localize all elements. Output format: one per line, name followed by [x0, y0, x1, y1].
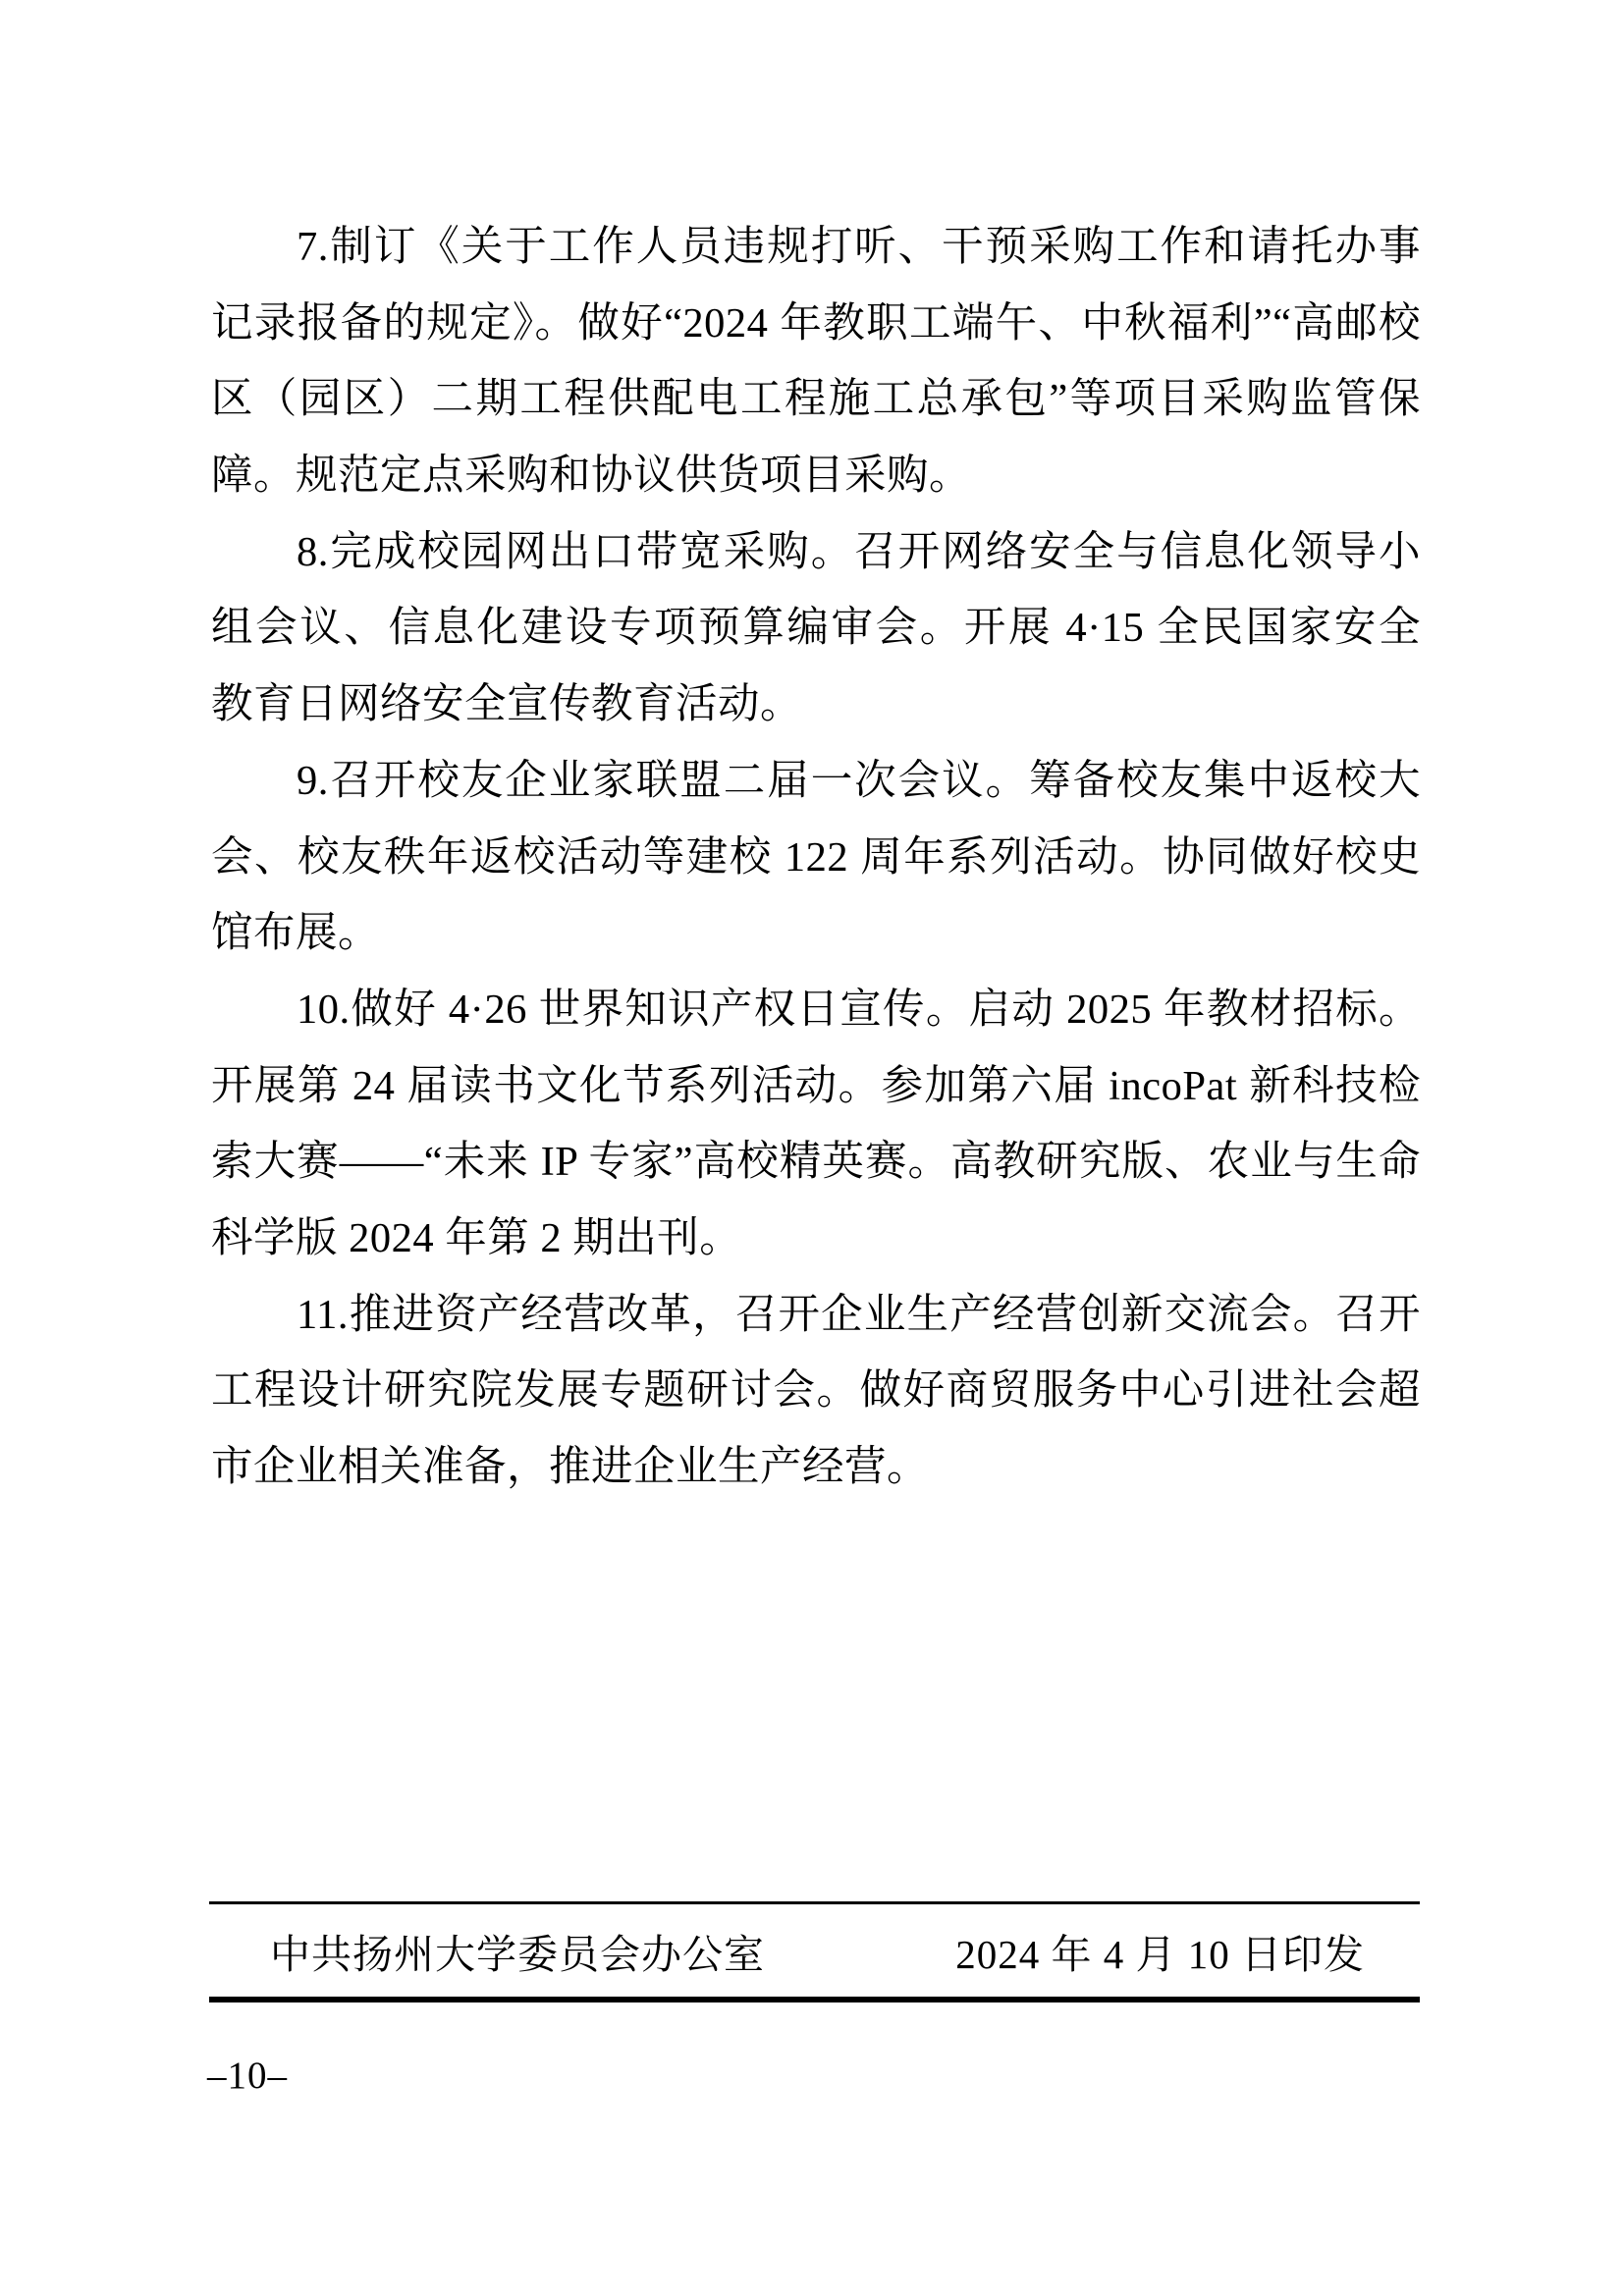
print-date: 2024 年 4 月 10 日印发: [955, 1922, 1365, 1980]
colophon-row: 中共扬州大学委员会办公室 2024 年 4 月 10 日印发: [209, 1914, 1420, 1988]
page-number: –10–: [207, 2054, 288, 2099]
paragraph-10: 10.做好 4·26 世界知识产权日宣传。启动 2025 年教材招标。 开展第 …: [211, 972, 1421, 1277]
text-line: 9.召开校友企业家联盟二届一次会议。筹备校友集中返校大: [211, 743, 1421, 820]
text-line: 记录报备的规定》。做好“2024 年教职工端午、中秋福利”“高邮校: [211, 286, 1421, 362]
text-line: 11.推进资产经营改革，召开企业生产经营创新交流会。召开: [211, 1277, 1421, 1354]
text-line: 市企业相关准备，推进企业生产经营。: [211, 1429, 1421, 1506]
paragraph-11: 11.推进资产经营改革，召开企业生产经营创新交流会。召开 工程设计研究院发展专题…: [211, 1277, 1421, 1506]
text-line: 组会议、信息化建设专项预算编审会。开展 4·15 全民国家安全: [211, 590, 1421, 667]
text-line: 科学版 2024 年第 2 期出刊。: [211, 1201, 1421, 1277]
text-line: 索大赛——“未来 IP 专家”高校精英赛。高教研究版、农业与生命: [211, 1124, 1421, 1201]
paragraph-8: 8.完成校园网出口带宽采购。召开网络安全与信息化领导小 组会议、信息化建设专项预…: [211, 514, 1421, 743]
colophon-bottom-rule: [209, 1997, 1420, 2002]
document-page: 7.制订《关于工作人员违规打听、干预采购工作和请托办事 记录报备的规定》。做好“…: [0, 0, 1624, 2296]
paragraph-7: 7.制订《关于工作人员违规打听、干预采购工作和请托办事 记录报备的规定》。做好“…: [211, 209, 1421, 514]
text-line: 10.做好 4·26 世界知识产权日宣传。启动 2025 年教材招标。: [211, 972, 1421, 1048]
text-line: 障。规范定点采购和协议供货项目采购。: [211, 438, 1421, 514]
text-line: 开展第 24 届读书文化节系列活动。参加第六届 incoPat 新科技检: [211, 1048, 1421, 1125]
colophon-top-rule: [209, 1901, 1420, 1904]
text-line: 区（园区）二期工程供配电工程施工总承包”等项目采购监管保: [211, 361, 1421, 438]
text-line: 7.制订《关于工作人员违规打听、干预采购工作和请托办事: [211, 209, 1421, 286]
text-line: 教育日网络安全宣传教育活动。: [211, 667, 1421, 743]
text-line: 8.完成校园网出口带宽采购。召开网络安全与信息化领导小: [211, 514, 1421, 591]
document-body: 7.制订《关于工作人员违规打听、干预采购工作和请托办事 记录报备的规定》。做好“…: [211, 209, 1421, 1506]
text-line: 工程设计研究院发展专题研讨会。做好商贸服务中心引进社会超: [211, 1353, 1421, 1429]
paragraph-9: 9.召开校友企业家联盟二届一次会议。筹备校友集中返校大 会、校友秩年返校活动等建…: [211, 743, 1421, 972]
text-line: 会、校友秩年返校活动等建校 122 周年系列活动。协同做好校史: [211, 820, 1421, 896]
issuing-office: 中共扬州大学委员会办公室: [270, 1922, 765, 1980]
text-line: 馆布展。: [211, 895, 1421, 972]
